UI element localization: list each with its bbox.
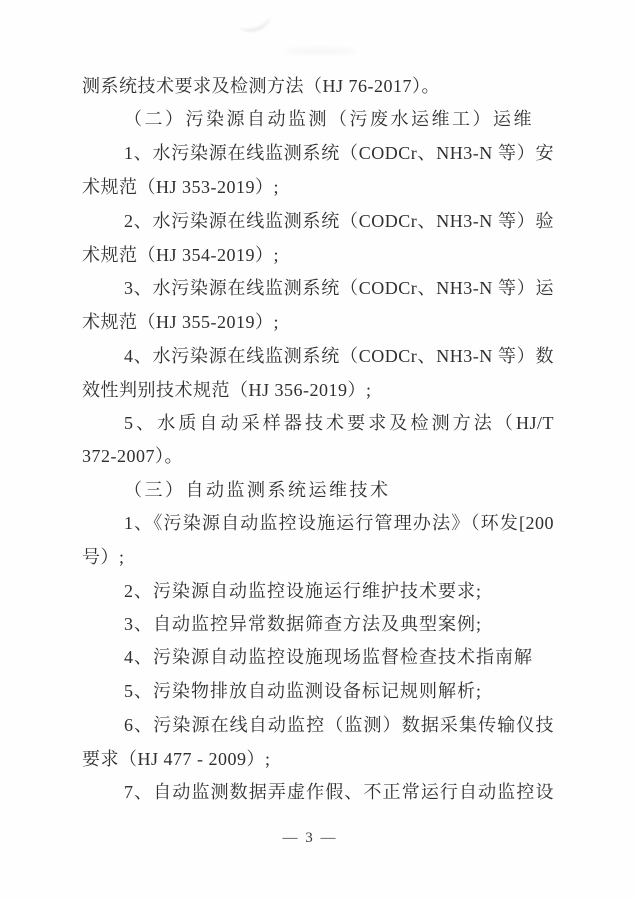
doc-line: 效性判别技术规范（HJ 356-2019）; — [82, 374, 554, 407]
doc-line: 4、水污染源在线监测系统（CODCr、NH3-N 等）数据有 — [82, 340, 554, 374]
document-page: 测系统技术要求及检测方法（HJ 76-2017）。 （二）污染源自动监测（污废水… — [0, 0, 636, 900]
doc-line: 7、自动监测数据弄虚作假、不正常运行自动监控设施、 — [82, 776, 554, 810]
section-heading: （三）自动监测系统运维技术 — [82, 474, 554, 507]
doc-line: 术规范（HJ 353-2019）; — [82, 171, 554, 204]
doc-line: 2、水污染源在线监测系统（CODCr、NH3-N 等）验收技 — [82, 205, 554, 239]
scan-smudge — [286, 48, 356, 54]
page-number: — 3 — — [0, 830, 620, 847]
doc-line: 6、污染源在线自动监控（监测）数据采集传输仪技术 — [82, 709, 554, 743]
doc-line: 372-2007）。 — [82, 440, 554, 473]
doc-line: 3、自动监控异常数据筛查方法及典型案例; — [82, 608, 554, 641]
doc-line: 4、污染源自动监控设施现场监督检查技术指南解析; — [82, 641, 554, 675]
doc-line: 1、《污染源自动监控设施运行管理办法》（环发[2008]6 — [82, 507, 554, 541]
document-body: 测系统技术要求及检测方法（HJ 76-2017）。 （二）污染源自动监测（污废水… — [82, 70, 554, 810]
scan-smudge — [236, 6, 273, 36]
doc-line: 要求（HJ 477 - 2009）; — [82, 743, 554, 776]
doc-line: 1、水污染源在线监测系统（CODCr、NH3-N 等）安装技 — [82, 137, 554, 171]
doc-line: 术规范（HJ 355-2019）; — [82, 306, 554, 339]
doc-line: 术规范（HJ 354-2019）; — [82, 239, 554, 272]
doc-line: 5、水质自动采样器技术要求及检测方法（HJ/T — [82, 407, 554, 440]
doc-line: 3、水污染源在线监测系统（CODCr、NH3-N 等）运行技 — [82, 272, 554, 306]
doc-line: 2、污染源自动监控设施运行维护技术要求; — [82, 575, 554, 608]
doc-line: 5、污染物排放自动监测设备标记规则解析; — [82, 675, 554, 708]
doc-line: 测系统技术要求及检测方法（HJ 76-2017）。 — [82, 70, 554, 103]
doc-line: 号）; — [82, 541, 554, 574]
section-heading: （二）污染源自动监测（污废水运维工）运维技术 — [82, 103, 554, 137]
